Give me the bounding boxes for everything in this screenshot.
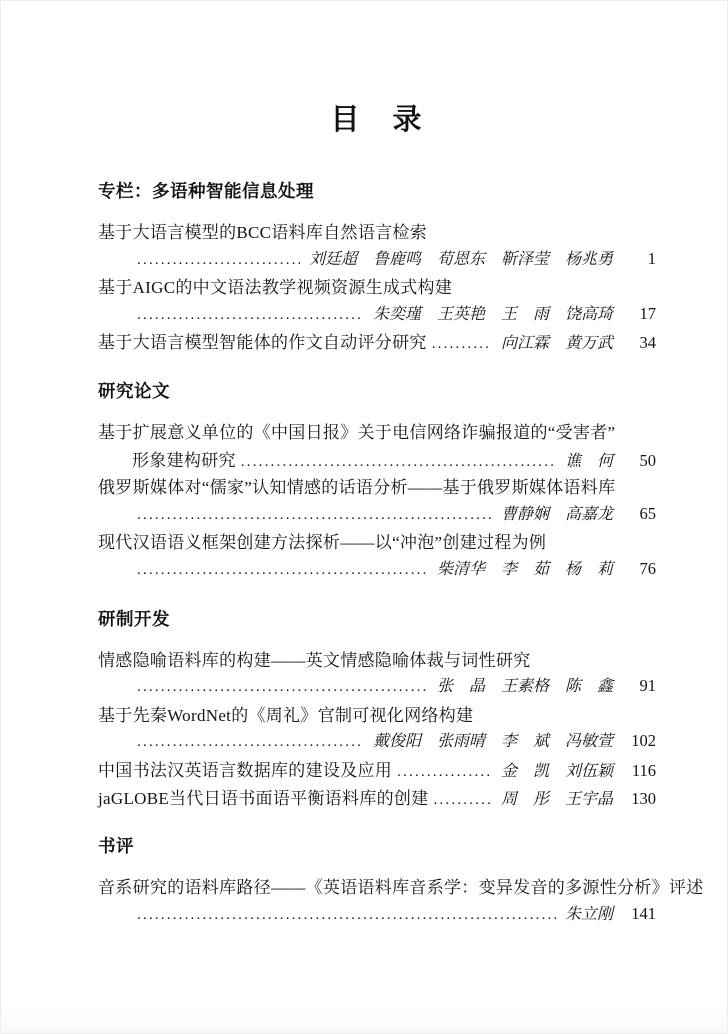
toc-entry-line: 基于AIGC的中文语法教学视频资源生成式构建	[98, 273, 656, 301]
toc-content: 专栏：多语种智能信息处理基于大语言模型的BCC语料库自然语言检索刘廷超 鲁鹿鸣 …	[98, 178, 656, 928]
entry-page-number: 65	[630, 504, 656, 524]
toc-entry-line: 俄罗斯媒体对“儒家”认知情感的话语分析——基于俄罗斯媒体语料库	[98, 473, 656, 501]
section-heading: 专栏：多语种智能信息处理	[98, 178, 656, 203]
entry-page-number: 34	[630, 333, 656, 353]
section-heading: 研究论文	[98, 378, 656, 403]
entry-title: 基于扩展意义单位的《中国日报》关于电信网络诈骗报道的“受害者”	[98, 418, 615, 443]
leader-dots	[137, 904, 556, 924]
toc-entry-line: 情感隐喻语料库的构建——英文情感隐喻体裁与词性研究	[98, 646, 656, 674]
entry-page-number: 76	[630, 559, 656, 579]
toc-entry-line: 曹静娴 高嘉龙65	[98, 501, 656, 529]
toc-entry-line: jaGLOBE当代日语书面语平衡语料库的创建周 彤 王宇晶130	[98, 784, 656, 812]
entry-title: 现代汉语语义框架创建方法探析——以“冲泡”创建过程为例	[98, 528, 546, 553]
entry-authors: 张 晶 王素格 陈 鑫	[437, 673, 613, 696]
entry-title: 基于AIGC的中文语法教学视频资源生成式构建	[98, 273, 452, 298]
entry-authors: 刘廷超 鲁鹿鸣 荀恩东 靳泽莹 杨兆勇	[309, 246, 613, 269]
entry-title: 中国书法汉英语言数据库的建设及应用	[98, 756, 392, 781]
toc-section: 研究论文基于扩展意义单位的《中国日报》关于电信网络诈骗报道的“受害者”形象建构研…	[98, 378, 656, 584]
entry-authors: 朱奕瑾 王英艳 王 雨 饶高琦	[373, 301, 613, 324]
entry-page-number: 102	[630, 731, 656, 751]
toc-entry-line: 现代汉语语义框架创建方法探析——以“冲泡”创建过程为例	[98, 528, 656, 556]
entry-title: 音系研究的语料库路径——《英语语料库音系学：变异发音的多源性分析》评述	[98, 873, 704, 898]
leader-dots	[434, 789, 492, 809]
entry-title: 形象建构研究	[132, 446, 236, 471]
toc-entry-line: 中国书法汉英语言数据库的建设及应用金 凯 刘伍颖116	[98, 756, 656, 784]
toc-entry-line: 基于扩展意义单位的《中国日报》关于电信网络诈骗报道的“受害者”	[98, 418, 656, 446]
toc-page: 目 录 专栏：多语种智能信息处理基于大语言模型的BCC语料库自然语言检索刘廷超 …	[0, 0, 728, 1034]
entry-authors: 柴清华 李 茹 杨 莉	[437, 556, 613, 579]
leader-dots	[137, 304, 364, 324]
entry-title: 基于先秦WordNet的《周礼》官制可视化网络构建	[98, 701, 473, 726]
entry-title: 情感隐喻语料库的构建——英文情感隐喻体裁与词性研究	[98, 646, 531, 671]
entry-page-number: 116	[630, 761, 656, 781]
entry-page-number: 50	[630, 451, 656, 471]
toc-entry-line: 朱奕瑾 王英艳 王 雨 饶高琦17	[98, 301, 656, 329]
entry-authors: 金 凯 刘伍颖	[501, 758, 613, 781]
leader-dots	[137, 559, 428, 579]
toc-entry-line: 基于大语言模型智能体的作文自动评分研究向江霖 黄万武34	[98, 328, 656, 356]
toc-entry-line: 刘廷超 鲁鹿鸣 荀恩东 靳泽莹 杨兆勇1	[98, 246, 656, 274]
entry-authors: 朱立刚	[565, 901, 613, 924]
entry-authors: 向江霖 黄万武	[501, 330, 613, 353]
toc-section: 专栏：多语种智能信息处理基于大语言模型的BCC语料库自然语言检索刘廷超 鲁鹿鸣 …	[98, 178, 656, 356]
entry-page-number: 91	[630, 676, 656, 696]
leader-dots	[137, 504, 492, 524]
entry-authors: 周 彤 王宇晶	[501, 786, 613, 809]
toc-entry-line: 形象建构研究谯 何50	[98, 446, 656, 474]
page-title: 目 录	[98, 97, 656, 138]
leader-dots	[241, 451, 556, 471]
toc-entry-line: 朱立刚141	[98, 901, 656, 929]
entry-title: 俄罗斯媒体对“儒家”认知情感的话语分析——基于俄罗斯媒体语料库	[98, 473, 615, 498]
section-heading: 研制开发	[98, 606, 656, 631]
toc-entry-line: 基于先秦WordNet的《周礼》官制可视化网络构建	[98, 701, 656, 729]
leader-dots	[397, 761, 492, 781]
entry-title: 基于大语言模型智能体的作文自动评分研究	[98, 328, 427, 353]
toc-section: 研制开发情感隐喻语料库的构建——英文情感隐喻体裁与词性研究张 晶 王素格 陈 鑫…	[98, 606, 656, 812]
toc-section: 书评音系研究的语料库路径——《英语语料库音系学：变异发音的多源性分析》评述朱立刚…	[98, 833, 656, 928]
toc-entry-line: 基于大语言模型的BCC语料库自然语言检索	[98, 218, 656, 246]
entry-authors: 曹静娴 高嘉龙	[501, 501, 613, 524]
entry-page-number: 130	[630, 789, 656, 809]
entry-page-number: 141	[630, 904, 656, 924]
entry-page-number: 1	[630, 249, 656, 269]
entry-authors: 戴俊阳 张雨晴 李 斌 冯敏萱	[373, 728, 613, 751]
entry-authors: 谯 何	[565, 448, 613, 471]
leader-dots	[137, 731, 364, 751]
leader-dots	[432, 333, 492, 353]
toc-entry-line: 戴俊阳 张雨晴 李 斌 冯敏萱102	[98, 728, 656, 756]
toc-entry-line: 柴清华 李 茹 杨 莉76	[98, 556, 656, 584]
toc-entry-line: 音系研究的语料库路径——《英语语料库音系学：变异发音的多源性分析》评述	[98, 873, 656, 901]
leader-dots	[137, 249, 300, 269]
leader-dots	[137, 676, 428, 696]
entry-title: 基于大语言模型的BCC语料库自然语言检索	[98, 218, 427, 243]
entry-page-number: 17	[630, 304, 656, 324]
section-heading: 书评	[98, 833, 656, 858]
entry-title: jaGLOBE当代日语书面语平衡语料库的创建	[98, 784, 429, 809]
toc-entry-line: 张 晶 王素格 陈 鑫91	[98, 673, 656, 701]
